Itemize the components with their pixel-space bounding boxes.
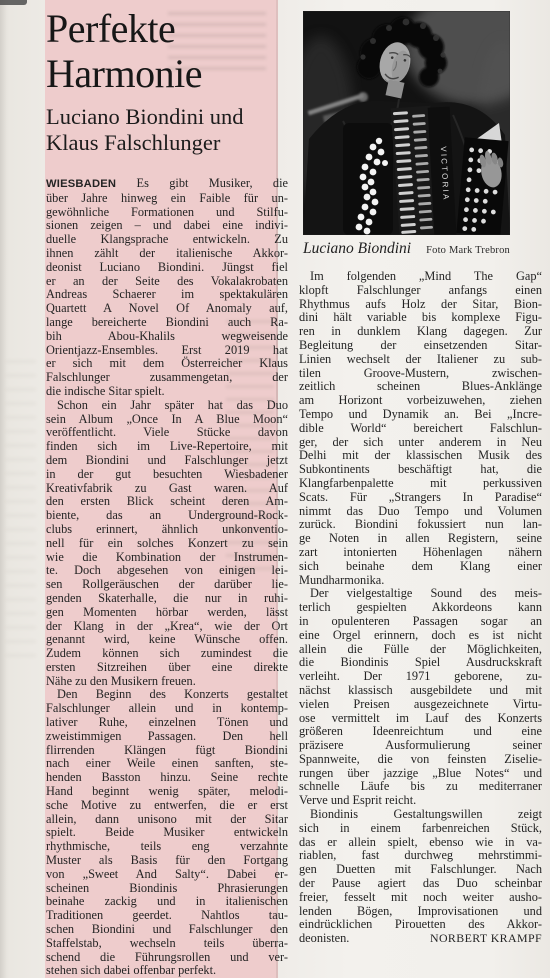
article-line: Falschlunger zusammengetan, der [46, 371, 288, 385]
article-line: die Biondinis Spiel Ausdruckskraft [299, 656, 542, 670]
article-line: bih Abou-Khalils wegweisende [46, 330, 288, 344]
article-line: lenden Bögen, Improvisationen und [299, 905, 542, 919]
article-line: ge Noten in allen Registern, seine [299, 532, 542, 546]
photo-illustration: VICTORIA [303, 11, 510, 235]
scan-edge-shade [0, 0, 7, 978]
headline-line-2: Harmonie [46, 51, 288, 96]
article-line: größeren Ideenreichtum und eine [299, 725, 542, 739]
article-line: genden Skaterhalle, die nur in ruhi- [46, 592, 288, 606]
headline-line-1: Perfekte [46, 6, 288, 51]
article-line: sen Rollgeräuschen der darüber lie- [46, 578, 288, 592]
article-line: tilen Groove-Mustern, zwischen- [299, 367, 542, 381]
scan-edge-mark [0, 0, 27, 5]
bleed-through-text [6, 360, 36, 660]
neck [386, 80, 405, 99]
subhead-line-2: Klaus Falschlunger [46, 130, 288, 156]
article-line: rhythmische, teils eng verzahnte [46, 840, 288, 854]
author-byline: NORBERT KRAMPF [430, 932, 542, 946]
article-line: die indische Sitar spielt. [46, 385, 288, 399]
article-line: veröffentlicht. Viele Stücke davon [46, 426, 288, 440]
headline: Perfekte Harmonie [46, 6, 288, 96]
article-line: henden Basston hinzu. Seine rechte [46, 771, 288, 785]
article-line: Linien wechselt der Italiener zu sub- [299, 353, 542, 367]
article-line: allein die Fülle der Möglichkeiten, [299, 643, 542, 657]
article-line: genannt wird, keine Wünsche offen. [46, 633, 288, 647]
article-line: Im folgenden „Mind The Gap“ [299, 270, 542, 284]
article-line: gen Duetten mit Falschlunger. Nach [299, 863, 542, 877]
article-line: den ersten Blick scheint deren Am- [46, 495, 288, 509]
article-line: Den Beginn des Konzerts gestaltet [46, 688, 288, 702]
accordion-keyboard-grid [456, 137, 508, 235]
article-line: Zudem können sich zumindest die [46, 647, 288, 661]
article-line: zweistimmigen Passagen. Den hell [46, 730, 288, 744]
article-line: clubs erinnert, ähnlich unkonventio- [46, 523, 288, 537]
article-line: terlich gespielten Akkordeons kann [299, 601, 542, 615]
article-line: vielen Preisen ausgezeichnete Virtu- [299, 698, 542, 712]
photo-caption: Luciano Biondini [303, 240, 411, 258]
article-line: sche Motive zu entwerfen, die er erst [46, 799, 288, 813]
article-line: er an der Seite des Vokalakrobaten [46, 275, 288, 289]
article-line: zurück. Biondini fokussiert nun lan- [299, 518, 542, 532]
article-line: biente, das an Underground-Rock- [46, 509, 288, 523]
article-line: in opulenteren Passagen sogar an [299, 615, 542, 629]
article-line: am Horizont vorbeizuwehen, ziehen [299, 394, 542, 408]
article-line: Schon ein Jahr später hat das Duo [46, 399, 288, 413]
article-line: Scats. Für „Strangers In Paradise“ [299, 491, 542, 505]
article-line: scheinen Biondinis Phrasierungen [46, 882, 288, 896]
article-line: gewöhnliche Formationen und Stilfu- [46, 206, 288, 220]
article-line: flirrenden Klängen fügt Biondini [46, 744, 288, 758]
article-line: riablen, fast durchweg mehrstimmi- [299, 849, 542, 863]
article-line: sionen zeigen – und dabei eine indivi- [46, 219, 288, 233]
article-line: spielt. Beide Musiker entwickeln [46, 826, 288, 840]
article-line: präzisere Ausformulierung seiner [299, 739, 542, 753]
subheadline: Luciano Biondini und Klaus Falschlunger [46, 104, 288, 156]
article-line: ren in dunklem Klang dagegen. Zur [299, 325, 542, 339]
article-line: eindrücklichen Pirouetten des Akkor- [299, 918, 542, 932]
newspaper-scan: Perfekte Harmonie Luciano Biondini und K… [0, 0, 550, 978]
article-line: Traditionen geerdet. Nahtlos tau- [46, 909, 288, 923]
article-line: Kreativfabrik zu Gast waren. Auf [46, 482, 288, 496]
article-line: freier, fesselt mit noch weiter ausho- [299, 891, 542, 905]
article-line: Tempo und Dynamik an. Bei „Incre- [299, 408, 542, 422]
article-line: finden sich im Live-Repertoire, mit [46, 440, 288, 454]
article-line: schnelle Läufe bis zu mediterraner [299, 780, 542, 794]
article-line: verleiht. Der 1971 geborene, zu- [299, 670, 542, 684]
article-line: nimmt das Duo Tempo und Volumen [299, 505, 542, 519]
article-line: dible World“ bereichert Falschlun- [299, 422, 542, 436]
article-line: deonist Luciano Biondini. Jüngst fiel [46, 261, 288, 275]
article-line: beinahe zackig und in italienischen [46, 895, 288, 909]
article-line: duelle Klangsprache entwickeln. Zu [46, 233, 288, 247]
article-line: lativer Ruhe, einzelnen Tönen und [46, 716, 288, 730]
article-line: Verve und Esprit reicht. [299, 794, 542, 808]
article-line: nach einer Weile einen sanften, ste- [46, 757, 288, 771]
article-line: ose vermittelt im Lauf des Konzerts [299, 712, 542, 726]
article-line: wie die Kombination der Instrumen- [46, 551, 288, 565]
photo-credit: Foto Mark Trebron [426, 245, 510, 256]
article-line: er sich mit dem Österreicher Klaus [46, 357, 288, 371]
article-line: te. Doch abgesehen von einigen lei- [46, 564, 288, 578]
article-line: von „Sweet And Salty“. Dabei er- [46, 868, 288, 882]
article-line: Staffelstab, wechseln teils überra- [46, 937, 288, 951]
article-line: nächst klassisch ausgebildete und mit [299, 684, 542, 698]
article-line: Der vielgestaltige Sound des meis- [299, 587, 542, 601]
article-line: sein Album „Once In A Blue Moon“ [46, 413, 288, 427]
article-line: eine Orgel erinnern, doch es ist nicht [299, 629, 542, 643]
article-line: Biondinis Gestaltungswillen zeigt [299, 808, 542, 822]
article-line: ersten Sitzreihen über eine direkte [46, 661, 288, 675]
article-line: klopft Falschlunger anfangs einen [299, 284, 542, 298]
article-line: Nähe zu den Musikern freuen. [46, 675, 288, 689]
article-line: dem Biondini und Falschlunger jetzt [46, 454, 288, 468]
article-line: deonisten.NORBERT KRAMPF [299, 932, 542, 946]
article-line: über Jahre hinweg ein Faible für un- [46, 192, 288, 206]
article-column-left: WIESBADEN Es gibt Musiker, dieüber Jahre… [46, 177, 288, 978]
article-line-text: deonisten. [299, 932, 349, 946]
article-line: in der gut besuchten Wiesbadener [46, 468, 288, 482]
photo-caption-row: Luciano Biondini Foto Mark Trebron [303, 240, 510, 258]
subhead-line-1: Luciano Biondini und [46, 104, 288, 130]
article-line: Begleitung der einsetzenden Sitar- [299, 339, 542, 353]
article-line: WIESBADEN Es gibt Musiker, die [46, 177, 288, 192]
article-line: Hand beginnt wenig später, melodi- [46, 785, 288, 799]
dateline: WIESBADEN [46, 178, 116, 190]
article-line: schen Biondini und Falschlunger den [46, 923, 288, 937]
article-line: sich beinahe dem Klang einer [299, 560, 542, 574]
article-line: Delhi mit der klassischen Musik des [299, 449, 542, 463]
article-line: zart intonierten Höhenlagen nähern [299, 546, 542, 560]
accordion-treble-buttons [343, 123, 393, 235]
article-line: gen Momenten hörbar werden, lässt [46, 606, 288, 620]
article-line: Orientjazz-Ensembles. Erst 2019 hat [46, 344, 288, 358]
article-line: Klangfarbenpalette mit perkussiven [299, 477, 542, 491]
article-line: der Klang in der „Krea“, wie der Ort [46, 620, 288, 634]
article-line: ihnen zählt der italienische Akkor- [46, 247, 288, 261]
article-line: Falschlunger allein und in kontemp- [46, 702, 288, 716]
article-line: sich in einem farbenreichen Stück, [299, 822, 542, 836]
article-column-right: Im folgenden „Mind The Gap“klopft Falsch… [299, 270, 542, 946]
article-line: schend die Führungsrollen und ver- [46, 951, 288, 965]
article-line: der Pause agiert das Duo scheinbar [299, 877, 542, 891]
article-line: rungen über jazzige „Blue Notes“ und [299, 767, 542, 781]
article-line: Quartett A Novel Of Anomaly auf, [46, 302, 288, 316]
article-line: stehen sich dabei offenbar perfekt. [46, 964, 288, 978]
article-line: lange bereicherte Biondini auch Ra- [46, 316, 288, 330]
article-line: Rhythmus aufs Holz der Sitar, Bion- [299, 298, 542, 312]
article-line: ger, der sich unter anderem in Neu [299, 436, 542, 450]
photo-luciano-biondini: VICTORIA [303, 11, 510, 235]
article-line: Muster als Basis für den Fortgang [46, 854, 288, 868]
article-line: Andreas Schaerer im spektakulären [46, 288, 288, 302]
article-line: allein, dann unisono mit der Sitar [46, 813, 288, 827]
article-line: Subkontinents beschäftigt hat, die [299, 463, 542, 477]
article-line: zeitlich scheinen Blues-Anklänge [299, 380, 542, 394]
article-line: das er allein spielt, ebenso wie in va- [299, 836, 542, 850]
article-line: dini hält variable bis komplexe Figu- [299, 311, 542, 325]
article-line: Mundharmonika. [299, 574, 542, 588]
article-line: nell für ein solches Konzert zu sein [46, 537, 288, 551]
article-line: Spannweite, die von feinsten Ziselie- [299, 753, 542, 767]
